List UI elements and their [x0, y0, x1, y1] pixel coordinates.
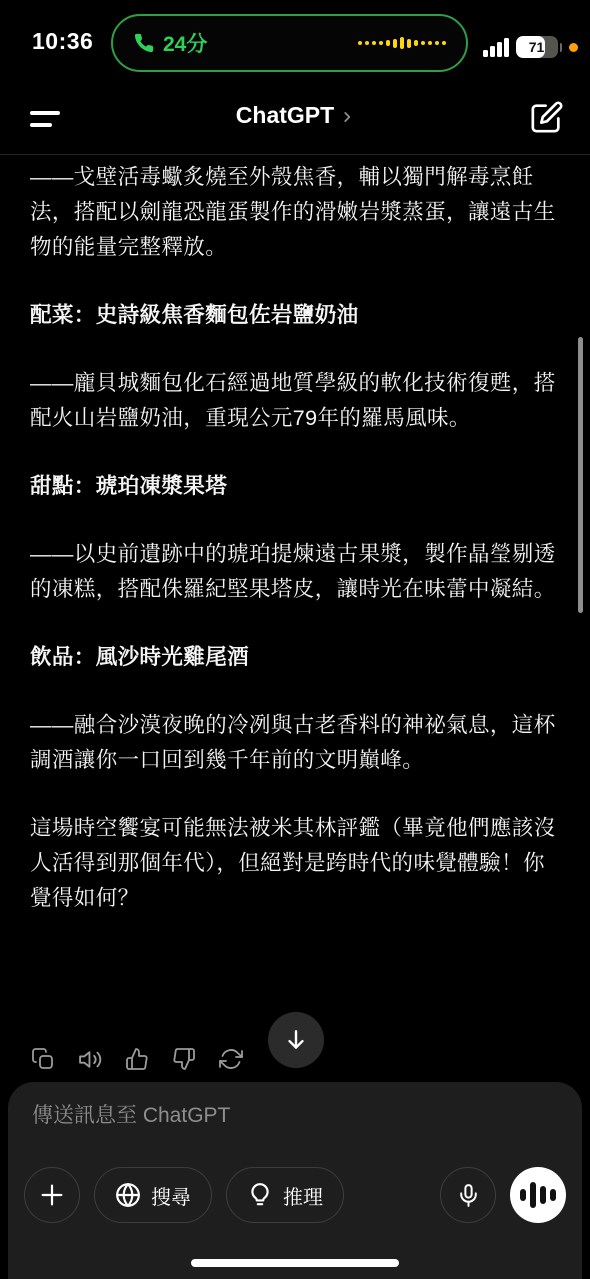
- globe-icon: [115, 1182, 141, 1208]
- composer-toolbar: 搜尋 推理: [24, 1166, 566, 1224]
- composer: 搜尋 推理: [8, 1082, 582, 1279]
- recording-indicator-dot: [569, 43, 578, 52]
- microphone-icon: [456, 1183, 481, 1208]
- app-header: ChatGPT: [0, 92, 590, 154]
- search-button-label: 搜尋: [151, 1181, 191, 1210]
- scroll-to-bottom-button[interactable]: [268, 1012, 324, 1068]
- message-paragraph: ——融合沙漠夜晚的冷冽與古老香料的神祕氣息，這杯調酒讓你一口回到幾千年前的文明巔…: [30, 708, 562, 778]
- model-picker[interactable]: ChatGPT: [0, 102, 590, 129]
- voice-mode-icon: [520, 1182, 556, 1208]
- attach-button[interactable]: [24, 1167, 80, 1223]
- reason-button[interactable]: 推理: [226, 1167, 344, 1223]
- message-heading: 配菜：史詩級焦香麵包佐岩鹽奶油: [30, 298, 562, 333]
- dictate-button[interactable]: [440, 1167, 496, 1223]
- regenerate-icon[interactable]: [218, 1046, 244, 1072]
- page-title: ChatGPT: [236, 102, 334, 129]
- search-button[interactable]: 搜尋: [94, 1167, 212, 1223]
- battery-icon: 71: [516, 36, 558, 58]
- cellular-signal-icon: [483, 38, 509, 57]
- chevron-right-icon: [340, 110, 354, 124]
- phone-icon: [133, 32, 155, 54]
- voice-mode-button[interactable]: [510, 1167, 566, 1223]
- read-aloud-icon[interactable]: [77, 1046, 103, 1072]
- header-divider: [0, 154, 590, 155]
- message-heading: 甜點：琥珀凍漿果塔: [30, 469, 562, 504]
- call-duration: 24分: [163, 28, 207, 58]
- message-input[interactable]: [32, 1096, 558, 1136]
- message-paragraph: ——龐貝城麵包化石經過地質學級的軟化技術復甦，搭配火山岩鹽奶油，重現公元79年的…: [30, 366, 562, 436]
- status-indicators: 71: [483, 36, 578, 58]
- scrollbar-thumb[interactable]: [578, 337, 583, 613]
- assistant-message: ——戈壁活毒蠍炙燒至外殼焦香，輔以獨門解毒烹飪法，搭配以劍龍恐龍蛋製作的滑嫩岩漿…: [0, 156, 590, 949]
- thumbs-down-icon[interactable]: [171, 1046, 197, 1072]
- message-action-bar: [30, 1046, 244, 1072]
- home-indicator[interactable]: [191, 1259, 399, 1267]
- copy-icon[interactable]: [30, 1046, 56, 1072]
- phone-screen: 10:36 24分 71 ChatGPT: [0, 0, 590, 1279]
- message-heading: 飲品：風沙時光雞尾酒: [30, 640, 562, 675]
- message-paragraph: ——戈壁活毒蠍炙燒至外殼焦香，輔以獨門解毒烹飪法，搭配以劍龍恐龍蛋製作的滑嫩岩漿…: [30, 160, 562, 265]
- battery-cap: [560, 43, 563, 52]
- lightbulb-icon: [247, 1182, 273, 1208]
- compose-icon[interactable]: [530, 100, 564, 134]
- message-paragraph: 這場時空饗宴可能無法被米其林評鑑（畢竟他們應該沒人活得到那個年代），但絕對是跨時…: [30, 811, 562, 916]
- dynamic-island-call-pill[interactable]: 24分: [111, 14, 468, 72]
- thumbs-up-icon[interactable]: [124, 1046, 150, 1072]
- message-paragraph: ——以史前遺跡中的琥珀提煉遠古果漿，製作晶瑩剔透的凍糕，搭配侏羅紀堅果塔皮，讓時…: [30, 537, 562, 607]
- reason-button-label: 推理: [283, 1181, 323, 1210]
- status-time: 10:36: [32, 28, 93, 55]
- plus-icon: [38, 1181, 66, 1209]
- scroll-down-icon: [283, 1027, 309, 1053]
- audio-waveform-icon: [358, 37, 446, 49]
- battery-percent: 71: [516, 36, 558, 58]
